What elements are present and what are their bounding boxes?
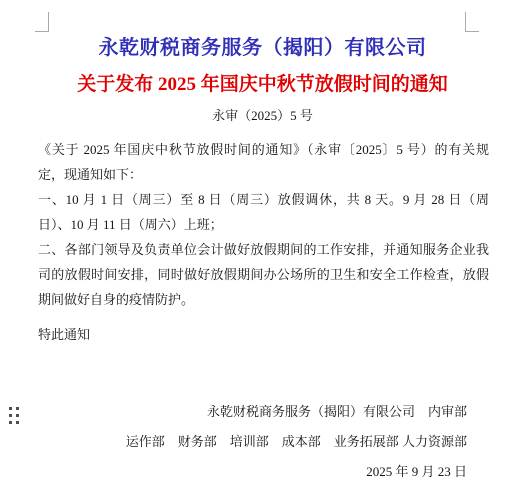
notice-body: 《关于 2025 年国庆中秋节放假时间的通知》（永审〔2025〕5 号）的有关规… (38, 137, 489, 312)
document-page[interactable]: 永乾财税商务服务（揭阳）有限公司 关于发布 2025 年国庆中秋节放假时间的通知… (0, 0, 525, 503)
document-number: 永审（2025）5 号 (0, 105, 525, 124)
dot (16, 407, 19, 410)
signature-company-dept: 永乾财税商务服务（揭阳）有限公司 内审部 (38, 397, 467, 427)
company-title: 永乾财税商务服务（揭阳）有限公司 (20, 31, 505, 60)
signature-departments: 运作部 财务部 培训部 成本部 业务拓展部 人力资源部 (38, 427, 467, 457)
dot (9, 421, 12, 424)
dot (9, 414, 12, 417)
signature-block: 永乾财税商务服务（揭阳）有限公司 内审部 运作部 财务部 培训部 成本部 业务拓… (38, 397, 467, 487)
drag-handle-dot-grid-icon[interactable] (9, 407, 19, 424)
closing-line: 特此通知 (38, 322, 489, 347)
dot (16, 414, 19, 417)
body-paragraph-item1: 一、10 月 1 日（周三）至 8 日（周三）放假调休，共 8 天。9 月 28… (38, 187, 489, 237)
body-paragraph-item2: 二、各部门领导及负责单位会计做好放假期间的工作安排，并通知服务企业我司的放假时间… (38, 237, 489, 312)
body-paragraph-intro: 《关于 2025 年国庆中秋节放假时间的通知》（永审〔2025〕5 号）的有关规… (38, 137, 489, 187)
dot (16, 421, 19, 424)
page-margin-mark-top-left (35, 12, 49, 32)
page-margin-mark-top-right (465, 12, 479, 32)
notice-title: 关于发布 2025 年国庆中秋节放假时间的通知 (20, 69, 505, 96)
dot (9, 407, 12, 410)
signature-date: 2025 年 9 月 23 日 (38, 457, 467, 487)
